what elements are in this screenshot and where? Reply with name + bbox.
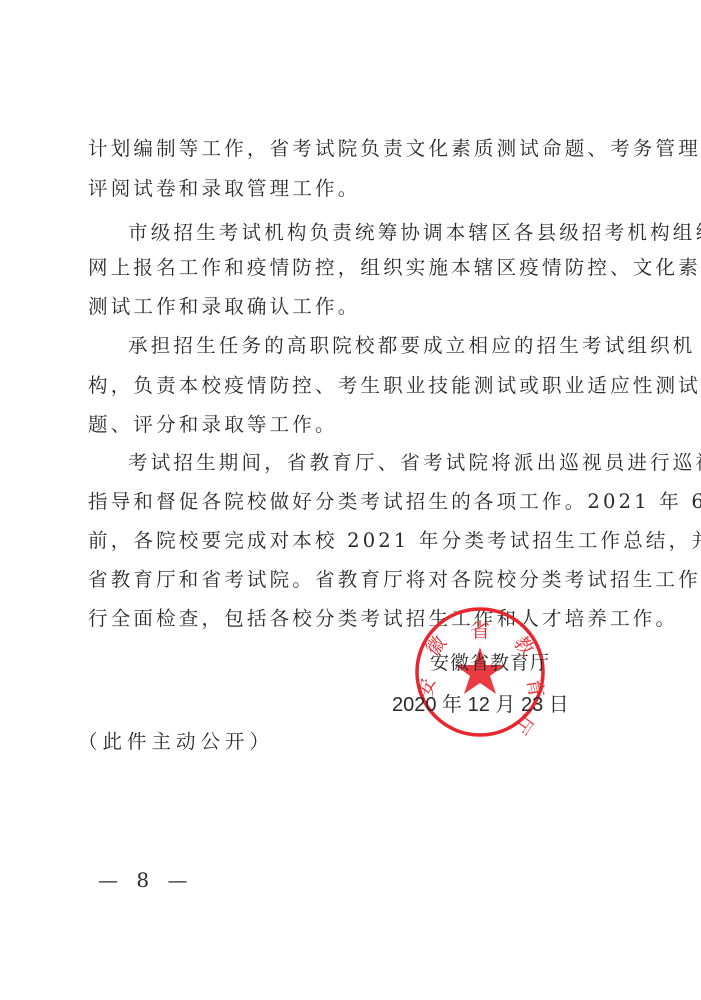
body-line: 测试工作和录取确认工作。 bbox=[88, 295, 360, 319]
body-line: 构，负责本校疫情防控、考生职业技能测试或职业适应性测试命 bbox=[88, 374, 701, 398]
body-line: 省教育厅和省考试院。省教育厅将对各院校分类考试招生工作进 bbox=[88, 568, 701, 592]
body-line: 前，各院校要完成对本校 2021 年分类考试招生工作总结，并报 bbox=[88, 529, 701, 553]
svg-text:省: 省 bbox=[470, 618, 490, 642]
body-line: 行全面检查，包括各校分类考试招生工作和人才培养工作。 bbox=[88, 607, 678, 631]
body-line: 题、评分和录取等工作。 bbox=[88, 413, 338, 437]
paragraph-start-line: 承担招生任务的高职院校都要成立相应的招生考试组织机 bbox=[128, 334, 696, 358]
paragraph-start-line: 考试招生期间，省教育厅、省考试院将派出巡视员进行巡视， bbox=[128, 451, 701, 475]
body-line: 指导和督促各院校做好分类考试招生的各项工作。2021 年 6 月底 bbox=[88, 490, 701, 514]
body-line: 评阅试卷和录取管理工作。 bbox=[88, 177, 360, 201]
issue-date: 2020 年 12 月 23 日 bbox=[392, 693, 569, 717]
body-line: 计划编制等工作，省考试院负责文化素质测试命题、考务管理、 bbox=[88, 137, 701, 161]
page-number: — 8 — bbox=[98, 868, 193, 892]
paragraph-start-line: 市级招生考试机构负责统筹协调本辖区各县级招考机构组织 bbox=[128, 221, 701, 245]
body-line: 网上报名工作和疫情防控，组织实施本辖区疫情防控、文化素质 bbox=[88, 256, 701, 280]
disclosure-note: （此件主动公开） bbox=[78, 730, 274, 754]
issuer-name: 安徽省教育厅 bbox=[430, 651, 550, 675]
